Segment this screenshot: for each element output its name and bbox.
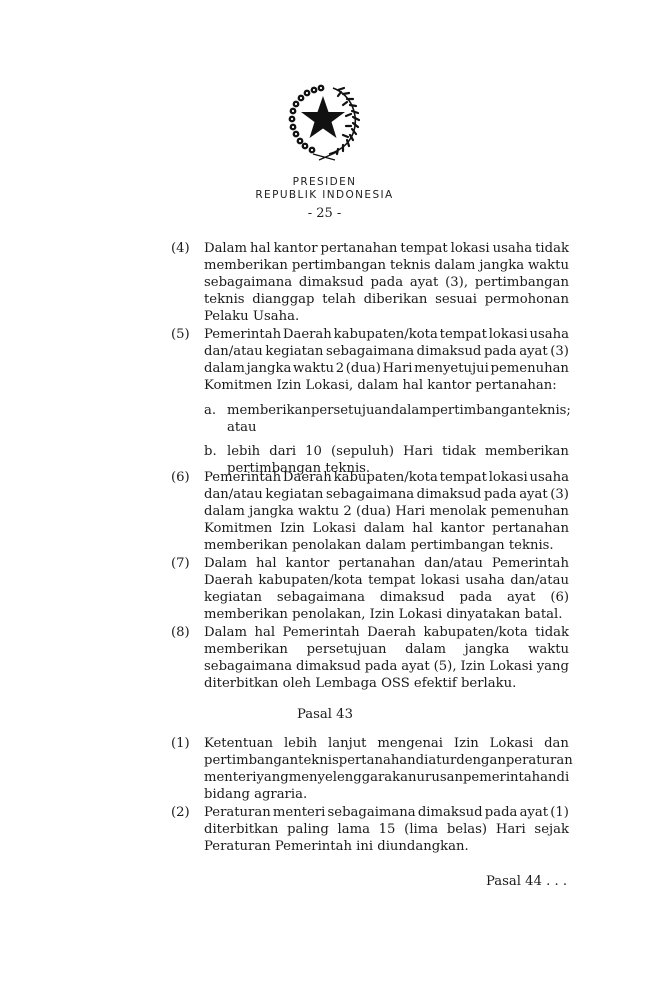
paragraph-item-8: (8) DalamhalPemerintahDaerahkabupaten/ko… xyxy=(171,624,569,692)
text-line: pertimbanganteknispertanahandiaturdengan… xyxy=(204,752,569,769)
text-line: DalamhalPemerintahDaerahkabupaten/kotati… xyxy=(204,624,569,641)
next-page-continuation: Pasal 44 . . . xyxy=(486,873,567,890)
text-line: Dalamhalkantorpertanahandan/atauPemerint… xyxy=(204,555,569,572)
text-line: dalamjangkawaktu2(dua)Harimenyetujuipeme… xyxy=(204,360,569,377)
text-line: teknisdianggaptelahdiberikansesuaipermoh… xyxy=(204,291,569,308)
paragraph-item-5: (5) PemerintahDaerahkabupaten/kotatempat… xyxy=(171,326,569,477)
text-line: Peraturanmenterisebagaimanadimaksudpadaa… xyxy=(204,804,569,821)
presidential-emblem-icon xyxy=(283,82,363,162)
pasal-43-item-1: (1) KetentuanlebihlanjutmengenaiIzinLoka… xyxy=(171,735,569,803)
text-line: dan/ataukegiatansebagaimanadimaksudpadaa… xyxy=(204,486,569,503)
text-line: PemerintahDaerahkabupaten/kotatempatloka… xyxy=(204,326,569,343)
text-line: Komitmen Izin Lokasi, dalam hal kantor p… xyxy=(204,377,569,394)
text-line: Pelaku Usaha. xyxy=(204,308,569,325)
text-line: memberikanpersetujuandalampertimbangante… xyxy=(227,402,569,419)
text-line: memberikan penolakan dalam pertimbangan … xyxy=(204,537,569,554)
paragraph-item-6: (6) PemerintahDaerahkabupaten/kotatempat… xyxy=(171,469,569,554)
text-line: Peraturan Pemerintah ini diundangkan. xyxy=(204,838,569,855)
text-line: dan/ataukegiatansebagaimanadimaksudpadaa… xyxy=(204,343,569,360)
pasal-43-item-2: (2) Peraturanmenterisebagaimanadimaksudp… xyxy=(171,804,569,855)
subitem-letter: a. xyxy=(204,402,216,419)
text-line: diterbitkanpalinglama15(limabelas)Harise… xyxy=(204,821,569,838)
text-line: atau xyxy=(227,419,569,436)
text-line: kegiatansebagaimanadimaksudpadaayat(6) xyxy=(204,589,569,606)
paragraph-item-4: (4) Dalamhalkantorpertanahantempatlokasi… xyxy=(171,240,569,325)
header-president: PRESIDEN xyxy=(0,176,649,188)
subitem-letter: b. xyxy=(204,443,217,460)
item-number: (2) xyxy=(171,804,190,821)
text-line: lebihdari10(sepuluh)Haritidakmemberikan xyxy=(227,443,569,460)
item-number: (5) xyxy=(171,326,190,343)
text-line: Daerahkabupaten/kotatempatlokasiusahadan… xyxy=(204,572,569,589)
paragraph-item-7: (7) Dalamhalkantorpertanahandan/atauPeme… xyxy=(171,555,569,623)
item-number: (8) xyxy=(171,624,190,641)
item-number: (6) xyxy=(171,469,190,486)
subitem-a: a. memberikanpersetujuandalampertimbanga… xyxy=(204,402,569,436)
item-number: (7) xyxy=(171,555,190,572)
text-line: memberikanpersetujuandalamjangkawaktu xyxy=(204,641,569,658)
header-republic: REPUBLIK INDONESIA xyxy=(0,189,649,201)
text-line: menteriyangmenyelenggarakanurusanpemerin… xyxy=(204,769,569,786)
text-line: KomitmenIzinLokasidalamhalkantorpertanah… xyxy=(204,520,569,537)
text-line: bidang agraria. xyxy=(204,786,569,803)
item-number: (1) xyxy=(171,735,190,752)
text-line: memberikanpertimbanganteknisdalamjangkaw… xyxy=(204,257,569,274)
text-line: sebagaimanadimaksudpadaayat(3),pertimban… xyxy=(204,274,569,291)
text-line: KetentuanlebihlanjutmengenaiIzinLokasida… xyxy=(204,735,569,752)
item-number: (4) xyxy=(171,240,190,257)
page-number: - 25 - xyxy=(0,206,649,221)
text-line: Dalamhalkantorpertanahantempatlokasiusah… xyxy=(204,240,569,257)
text-line: diterbitkan oleh Lembaga OSS efektif ber… xyxy=(204,675,569,692)
text-line: memberikan penolakan, Izin Lokasi dinyat… xyxy=(204,606,569,623)
text-line: PemerintahDaerahkabupaten/kotatempatloka… xyxy=(204,469,569,486)
text-line: dalamjangkawaktu2(dua)Harimenolakpemenuh… xyxy=(204,503,569,520)
section-title-pasal-43: Pasal 43 xyxy=(297,706,353,723)
text-line: sebagaimanadimaksudpadaayat(5),IzinLokas… xyxy=(204,658,569,675)
